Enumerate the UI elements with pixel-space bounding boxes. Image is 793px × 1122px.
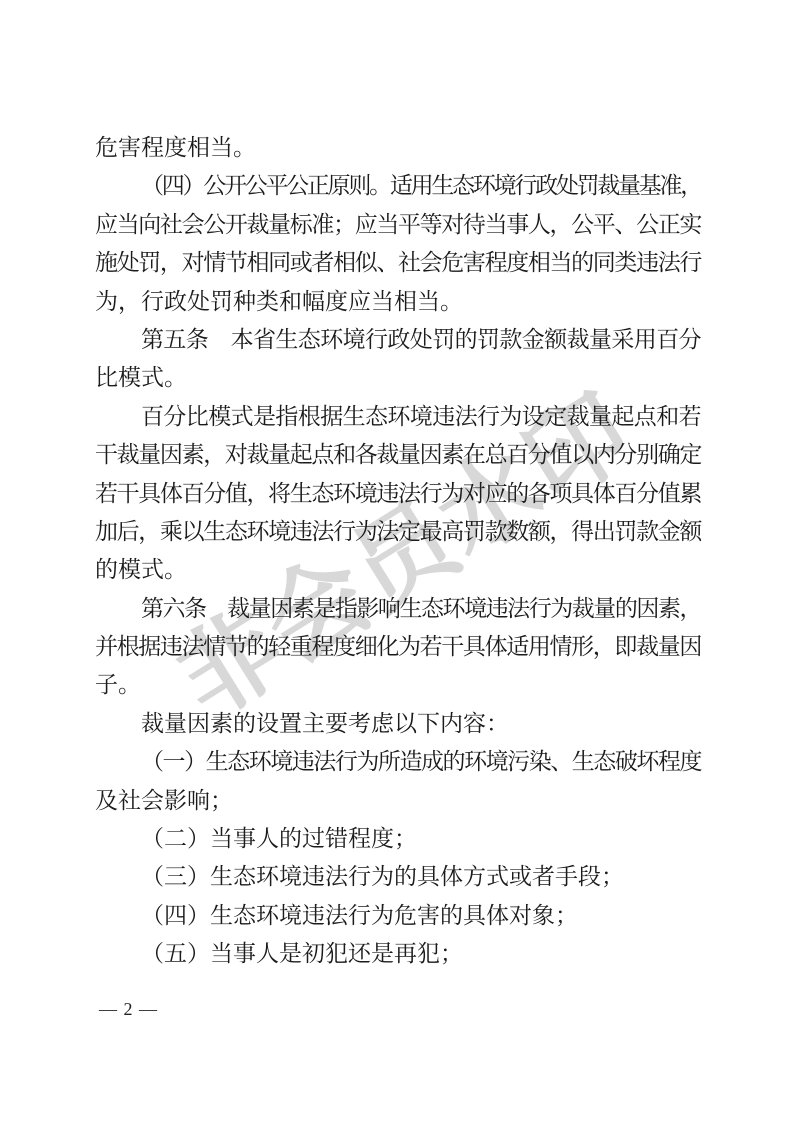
text-line-content: （五）当事人是初犯还是再犯； [141, 934, 463, 972]
text-line-content: 危害程度相当。 [95, 128, 256, 166]
text-line-content: 比模式。 [95, 358, 187, 396]
text-line: （二）当事人的过错程度； [95, 819, 701, 857]
text-line: 加后，乘以生态环境违法行为法定最高罚款数额，得出罚款金额 [95, 512, 701, 550]
text-line: 第六条 裁量因素是指影响生态环境违法行为裁量的因素， [95, 589, 701, 627]
text-line-content: 的模式。 [95, 550, 187, 588]
text-line-content: 为，行政处罚种类和幅度应当相当。 [95, 282, 463, 320]
text-line-content: 第五条 本省生态环境行政处罚的罚款金额裁量采用百分 [141, 320, 701, 358]
document-body: 危害程度相当。（四）公开公平公正原则。适用生态环境行政处罚裁量基准，应当向社会公… [95, 128, 701, 973]
text-line-content: 加后，乘以生态环境违法行为法定最高罚款数额，得出罚款金额 [95, 512, 701, 550]
text-line-content: （四）生态环境违法行为危害的具体对象； [141, 896, 578, 934]
text-line: 危害程度相当。 [95, 128, 701, 166]
text-line: 干裁量因素，对裁量起点和各裁量因素在总百分值以内分别确定 [95, 435, 701, 473]
text-line: 若干具体百分值，将生态环境违法行为对应的各项具体百分值累 [95, 474, 701, 512]
text-line-content: 裁量因素的设置主要考虑以下内容： [141, 704, 509, 742]
text-line: 并根据违法情节的轻重程度细化为若干具体适用情形，即裁量因 [95, 627, 701, 665]
text-line-content: 并根据违法情节的轻重程度细化为若干具体适用情形，即裁量因 [95, 627, 701, 665]
document-page: 非会员水印 危害程度相当。（四）公开公平公正原则。适用生态环境行政处罚裁量基准，… [0, 0, 793, 1122]
text-line-content: 应当向社会公开裁量标准；应当平等对待当事人，公平、公正实 [95, 205, 701, 243]
text-line: 施处罚，对情节相同或者相似、社会危害程度相当的同类违法行 [95, 243, 701, 281]
text-line-content: （一）生态环境违法行为所造成的环境污染、生态破坏程度 [141, 742, 701, 780]
text-line-content: 百分比模式是指根据生态环境违法行为设定裁量起点和若 [141, 397, 701, 435]
text-line: 百分比模式是指根据生态环境违法行为设定裁量起点和若 [95, 397, 701, 435]
text-line-content: （三）生态环境违法行为的具体方式或者手段； [141, 857, 624, 895]
text-line: 第五条 本省生态环境行政处罚的罚款金额裁量采用百分 [95, 320, 701, 358]
text-line: （四）生态环境违法行为危害的具体对象； [95, 896, 701, 934]
text-line-content: （二）当事人的过错程度； [141, 819, 417, 857]
text-line: 为，行政处罚种类和幅度应当相当。 [95, 282, 701, 320]
text-line: （一）生态环境违法行为所造成的环境污染、生态破坏程度 [95, 742, 701, 780]
text-line-content: 施处罚，对情节相同或者相似、社会危害程度相当的同类违法行 [95, 243, 701, 281]
text-line: （三）生态环境违法行为的具体方式或者手段； [95, 857, 701, 895]
text-line-content: 干裁量因素，对裁量起点和各裁量因素在总百分值以内分别确定 [95, 435, 701, 473]
text-line: 及社会影响； [95, 781, 701, 819]
text-line: （四）公开公平公正原则。适用生态环境行政处罚裁量基准， [95, 166, 701, 204]
text-line: 比模式。 [95, 358, 701, 396]
text-line: 应当向社会公开裁量标准；应当平等对待当事人，公平、公正实 [95, 205, 701, 243]
text-line: 的模式。 [95, 550, 701, 588]
text-line-content: 若干具体百分值，将生态环境违法行为对应的各项具体百分值累 [95, 474, 701, 512]
text-line-content: 子。 [95, 665, 141, 703]
text-line: （五）当事人是初犯还是再犯； [95, 934, 701, 972]
text-line: 裁量因素的设置主要考虑以下内容： [95, 704, 701, 742]
text-line-content: 第六条 裁量因素是指影响生态环境违法行为裁量的因素， [141, 589, 701, 627]
text-line-content: （四）公开公平公正原则。适用生态环境行政处罚裁量基准， [141, 166, 701, 204]
text-line: 子。 [95, 665, 701, 703]
page-number: — 2 — [99, 997, 158, 1021]
text-line-content: 及社会影响； [95, 781, 233, 819]
